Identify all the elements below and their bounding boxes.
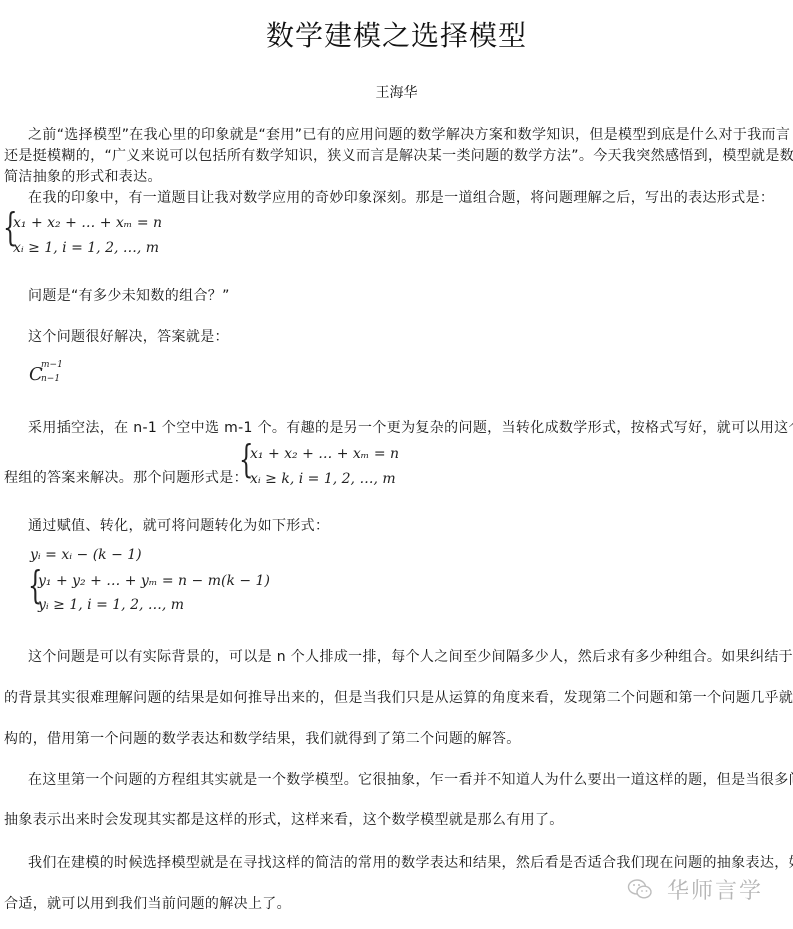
paragraph-7-line-2: 的背景其实很难理解问题的结果是如何推导出来的，但是当我们只是从运算的角度来看，发… <box>4 687 793 707</box>
paragraph-6: 通过赋值、转化，就可将问题转化为如下形式： <box>28 515 329 535</box>
page-title: 数学建模之选择模型 <box>0 14 793 54</box>
paragraph-1-line-1: 之前“选择模型”在我心里的印象就是“套用”已有的应用问题的数学解决方案和数学知识… <box>28 124 790 144</box>
combination-subscript: n−1 <box>41 374 60 384</box>
combination-formula: C m−1 n−1 <box>29 364 43 385</box>
paragraph-3: 问题是“有多少未知数的组合？” <box>28 285 230 305</box>
paragraph-7-line-1: 这个问题是可以有实际背景的，可以是 n 个人排成一排，每个人之间至少间隔多少人，… <box>28 646 793 666</box>
equation-system-1-line-1: x₁ + x₂ + … + xₘ = n <box>13 215 162 231</box>
paragraph-8-line-1: 在这里第一个问题的方程组其实就是一个数学模型。它很抽象，乍一看并不知道人为什么要… <box>28 769 793 789</box>
paragraph-8-line-2: 抽象表示出来时会发现其实都是这样的形式，这样来看，这个数学模型就是那么有用了。 <box>4 809 564 829</box>
paragraph-1-line-3: 简洁抽象的形式和表达。 <box>4 166 162 186</box>
equation-system-2-line-2: xᵢ ≥ k, i = 1, 2, …, m <box>250 471 396 487</box>
equation-system-3-line-1: y₁ + y₂ + … + yₘ = n − m(k − 1) <box>38 573 270 589</box>
paragraph-7-line-3: 构的，借用第一个问题的数学表达和数学结果，我们就得到了第二个问题的解答。 <box>4 728 521 748</box>
equation-system-1-line-2: xᵢ ≥ 1, i = 1, 2, …, m <box>13 240 159 256</box>
paragraph-1-line-2: 还是挺模糊的，“广义来说可以包括所有数学知识，狭义而言是解决某一类问题的数学方法… <box>4 145 793 165</box>
paragraph-9-line-1: 我们在建模的时候选择模型就是在寻找这样的简洁的常用的数学表达和结果，然后看是否适… <box>28 852 793 872</box>
paragraph-4: 这个问题很好解决，答案就是： <box>28 326 229 346</box>
wechat-icon <box>627 878 653 900</box>
equation-system-2-line-1: x₁ + x₂ + … + xₘ = n <box>250 446 399 462</box>
paragraph-2-line-1: 在我的印象中，有一道题目让我对数学应用的奇妙印象深刻。那是一道组合题，将问题理解… <box>28 187 774 207</box>
paragraph-5-line-2: 程组的答案来解决。那个问题形式是： <box>4 467 248 487</box>
paragraph-5-line-1: 采用插空法，在 n-1 个空中选 m-1 个。有趣的是另一个更为复杂的问题，当转… <box>28 417 793 437</box>
author-name: 王海华 <box>0 82 793 102</box>
paragraph-9-line-2: 合适，就可以用到我们当前问题的解决上了。 <box>4 893 291 913</box>
watermark-text: 华师言学 <box>667 874 763 905</box>
combination-superscript: m−1 <box>41 360 63 370</box>
substitution-equation: yᵢ = xᵢ − (k − 1) <box>30 547 142 563</box>
equation-system-3-line-2: yᵢ ≥ 1, i = 1, 2, …, m <box>38 597 184 613</box>
